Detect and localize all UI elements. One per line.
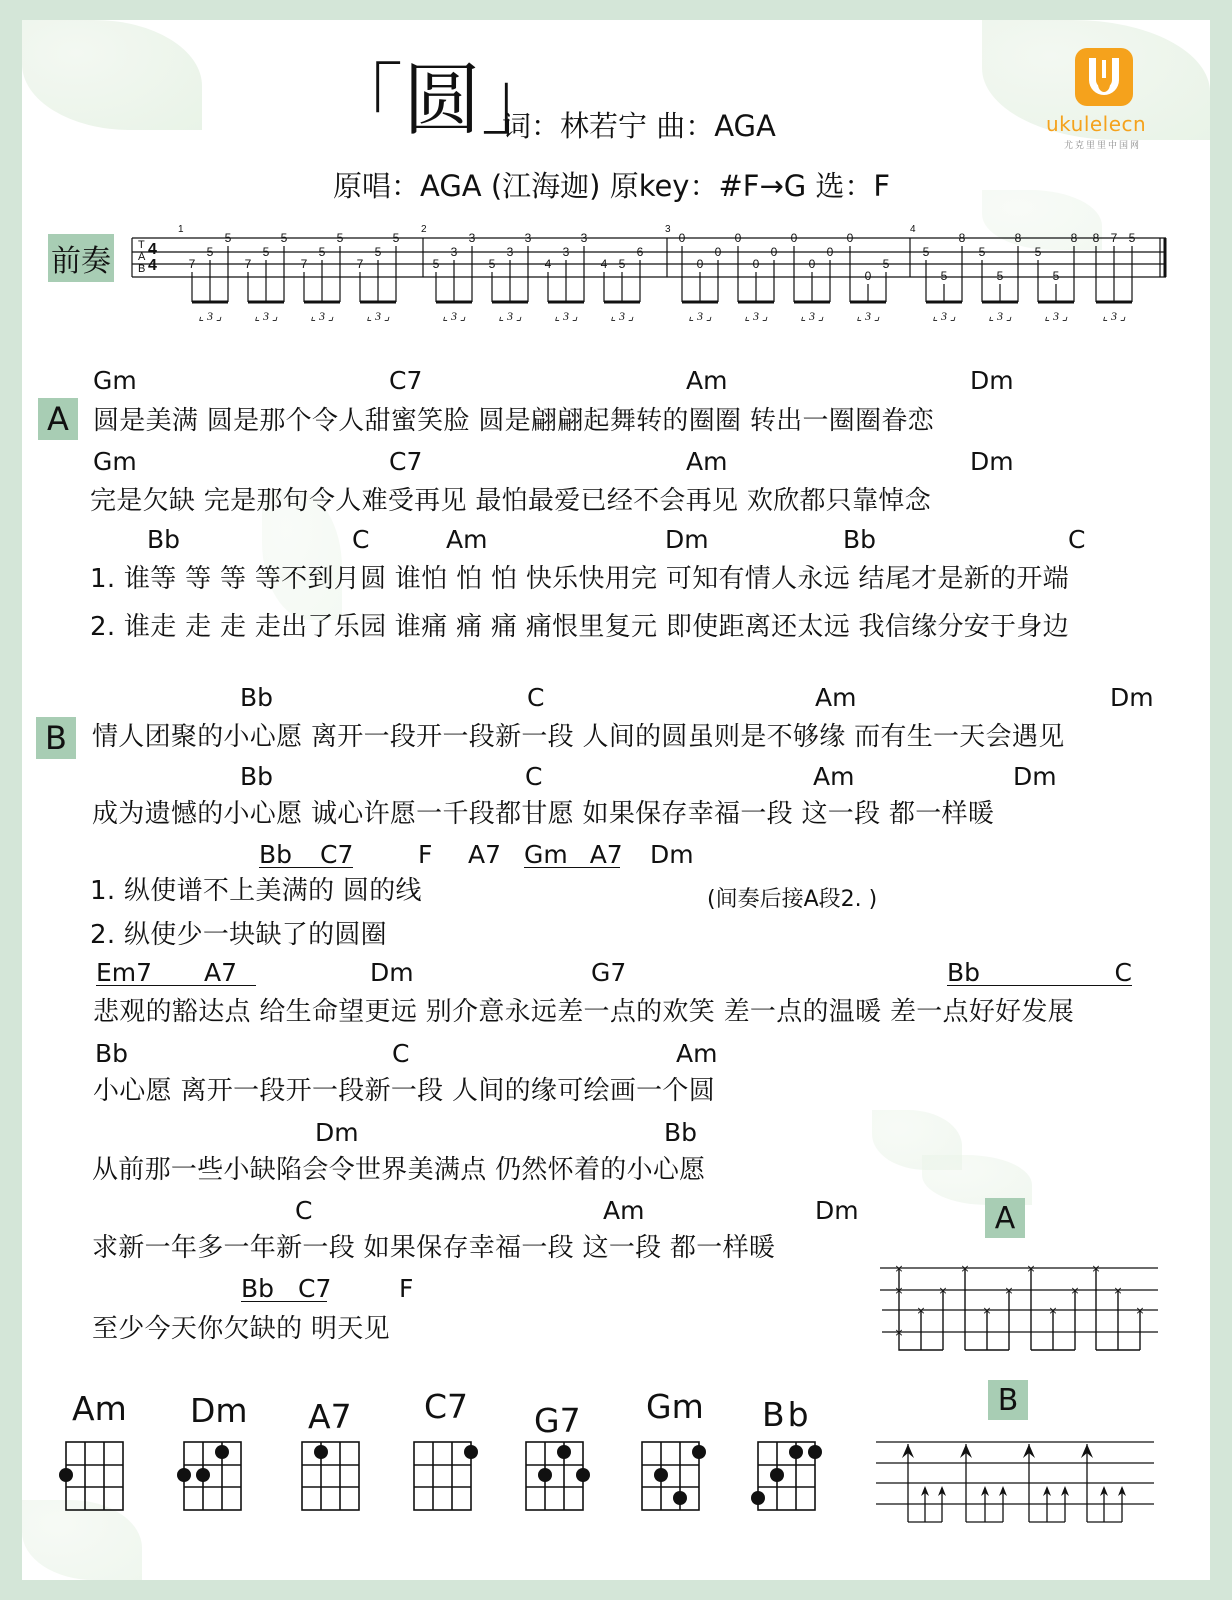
svg-text:⌞ 3 ⌟: ⌞ 3 ⌟ [310, 309, 334, 323]
svg-text:3: 3 [451, 245, 458, 259]
svg-text:B: B [138, 263, 145, 275]
chord: Dm [815, 1198, 859, 1223]
svg-text:⌞ 3 ⌟: ⌞ 3 ⌟ [498, 309, 522, 323]
chord: Dm [970, 368, 1014, 393]
chord: Dm [970, 449, 1014, 474]
svg-text:0: 0 [791, 231, 798, 245]
lyric-line: 从前那一些小缺陷会令世界美满点 仍然怀着的小心愿 [92, 1157, 705, 1183]
svg-text:×: × [1048, 1304, 1057, 1317]
chord-diagram-g7 [522, 1440, 586, 1512]
svg-text:⌞ 3 ⌟: ⌞ 3 ⌟ [800, 309, 824, 323]
lyric-line: 2. 纵使少一块缺了的圆圈 [90, 922, 387, 948]
svg-text:0: 0 [771, 245, 778, 259]
rhythm-b-tag-text: B [998, 1383, 1019, 1418]
chord-diagram-am [62, 1440, 126, 1512]
svg-text:5: 5 [225, 231, 232, 245]
chord-diagram-name: Dm [190, 1394, 248, 1427]
svg-text:0: 0 [753, 257, 760, 271]
lyric-line: 完是欠缺 完是那句令人难受再见 最怕最爱已经不会再见 欢欣都只靠悼念 [90, 488, 931, 514]
chord: Bb [241, 1274, 274, 1303]
svg-text:×: × [1026, 1262, 1035, 1275]
svg-text:5: 5 [923, 245, 930, 259]
svg-text:1: 1 [178, 224, 184, 235]
chord: C7 [389, 449, 422, 474]
chord: Gm [93, 449, 137, 474]
chord-diagram-name: C7 [424, 1390, 468, 1423]
svg-text:⌞ 3 ⌟: ⌞ 3 ⌟ [610, 309, 634, 323]
svg-text:0: 0 [809, 257, 816, 271]
chord: Bb [240, 764, 273, 789]
svg-text:5: 5 [393, 231, 400, 245]
intro-label-text: 前奏 [51, 236, 111, 280]
chord: Gm [93, 368, 137, 393]
svg-text:⌞ 3 ⌟: ⌞ 3 ⌟ [198, 309, 222, 323]
chord-group: Bb C [947, 960, 1132, 986]
rhythm-b-tag: B [988, 1380, 1028, 1420]
svg-text:×: × [894, 1284, 903, 1297]
chord-diagram-c7 [410, 1440, 474, 1512]
fingerpicking-pattern-a: ××× ××× ××× ××× ×× [880, 1262, 1160, 1362]
svg-text:7: 7 [357, 257, 364, 271]
chord: Dm [650, 842, 694, 867]
chord: Am [686, 368, 727, 393]
section-a-tag-text: A [47, 400, 69, 438]
svg-text:5: 5 [433, 257, 440, 271]
leaf-decoration [22, 20, 202, 130]
svg-text:⌞ 3 ⌟: ⌞ 3 ⌟ [554, 309, 578, 323]
section-b-tag-text: B [45, 719, 67, 757]
lyric-line: 2. 谁走 走 走 走出了乐园 谁痛 痛 痛 痛恨里复元 即使距离还太远 我信缘… [90, 614, 1069, 640]
chord: C [1115, 960, 1132, 985]
svg-text:4: 4 [148, 241, 157, 258]
chord: C7 [320, 840, 353, 869]
chord: Bb [947, 958, 980, 987]
chord: C [352, 527, 369, 552]
svg-text:⌞ 3 ⌟: ⌞ 3 ⌟ [442, 309, 466, 323]
svg-text:8: 8 [1071, 231, 1078, 245]
svg-text:T: T [138, 239, 145, 251]
svg-text:5: 5 [979, 245, 986, 259]
svg-text:0: 0 [847, 231, 854, 245]
svg-text:7: 7 [189, 257, 196, 271]
chord: Bb [147, 527, 180, 552]
svg-text:5: 5 [1053, 269, 1060, 283]
svg-text:⌞ 3 ⌟: ⌞ 3 ⌟ [744, 309, 768, 323]
chord-diagram-name: A7 [308, 1400, 352, 1433]
lyric-line: 悲观的豁达点 给生命望更远 别介意永远差一点的欢笑 差一点的温暖 差一点好好发展 [93, 999, 1074, 1025]
chord-diagram-name: Bb [762, 1398, 812, 1431]
lyric-line: 小心愿 离开一段开一段新一段 人间的缘可绘画一个圆 [93, 1078, 715, 1104]
svg-text:5: 5 [941, 269, 948, 283]
svg-text:×: × [1091, 1262, 1100, 1275]
svg-text:3: 3 [563, 245, 570, 259]
svg-text:⌞ 3 ⌟: ⌞ 3 ⌟ [254, 309, 278, 323]
svg-text:5: 5 [489, 257, 496, 271]
svg-text:×: × [1135, 1304, 1144, 1317]
lyric-line: 至少今天你欠缺的 明天见 [92, 1316, 390, 1342]
svg-text:5: 5 [1035, 245, 1042, 259]
chord-group: Em7 A7 [96, 960, 256, 986]
svg-text:×: × [894, 1262, 903, 1275]
chord: A7 [468, 842, 501, 867]
svg-text:×: × [982, 1304, 991, 1317]
chord: Dm [665, 527, 709, 552]
svg-text:⌞ 3 ⌟: ⌞ 3 ⌟ [1044, 309, 1068, 323]
chord-group: Gm A7 [524, 842, 620, 868]
svg-text:2: 2 [421, 224, 427, 235]
chord: Dm [315, 1120, 359, 1145]
svg-text:3: 3 [507, 245, 514, 259]
chord: Am [686, 449, 727, 474]
svg-text:7: 7 [245, 257, 252, 271]
svg-text:5: 5 [619, 257, 626, 271]
section-b-tag: B [36, 717, 76, 759]
svg-text:0: 0 [865, 269, 872, 283]
chord-diagram-dm [180, 1440, 244, 1512]
chord: C [527, 685, 544, 710]
chord: Am [603, 1198, 644, 1223]
chord: G7 [591, 960, 626, 985]
svg-text:A: A [138, 251, 146, 263]
svg-text:⌞ 3 ⌟: ⌞ 3 ⌟ [688, 309, 712, 323]
chord: Bb [843, 527, 876, 552]
svg-text:×: × [938, 1284, 947, 1297]
chord: Em7 [96, 958, 152, 987]
chord: Am [676, 1041, 717, 1066]
svg-text:4: 4 [545, 257, 552, 271]
svg-text:×: × [1113, 1284, 1122, 1297]
svg-text:8: 8 [1015, 231, 1022, 245]
chord: Am [446, 527, 487, 552]
lyric-line: 圆是美满 圆是那个令人甜蜜笑脸 圆是翩翩起舞转的圈圈 转出一圈圈眷恋 [93, 408, 934, 434]
chord-diagram-bb [754, 1440, 818, 1512]
svg-text:5: 5 [375, 245, 382, 259]
svg-text:7: 7 [301, 257, 308, 271]
svg-text:5: 5 [883, 257, 890, 271]
svg-text:5: 5 [1129, 231, 1136, 245]
credits: 词：林若宁 曲：AGA [502, 104, 776, 145]
chord: Dm [1013, 764, 1057, 789]
rhythm-a-tag: A [985, 1198, 1025, 1238]
svg-text:×: × [960, 1262, 969, 1275]
svg-text:5: 5 [319, 245, 326, 259]
leaf-decoration [22, 1500, 142, 1580]
svg-text:5: 5 [207, 245, 214, 259]
chord: C [295, 1198, 312, 1223]
chord: F [418, 842, 432, 867]
svg-text:3: 3 [525, 231, 532, 245]
chord: Dm [1110, 685, 1154, 710]
chord: C7 [298, 1274, 331, 1303]
svg-text:4: 4 [601, 257, 608, 271]
chord: Bb [240, 685, 273, 710]
svg-text:8: 8 [959, 231, 966, 245]
chord-diagram-a7 [298, 1440, 362, 1512]
chord: A7 [590, 840, 623, 869]
svg-text:×: × [916, 1304, 925, 1317]
chord: A7 [204, 958, 237, 987]
svg-text:⌞ 3 ⌟: ⌞ 3 ⌟ [856, 309, 880, 323]
lyric-line: 情人团聚的小心愿 离开一段开一段新一段 人间的圆虽则是不够缘 而有生一天会遇见 [92, 724, 1065, 750]
chord: Dm [370, 960, 414, 985]
song-meta: 原唱：AGA (江海迦) 原key：#F→G 选：F [333, 164, 890, 205]
lyric-line: 求新一年多一年新一段 如果保存幸福一段 这一段 都一样暖 [92, 1235, 775, 1261]
svg-text:×: × [1004, 1284, 1013, 1297]
svg-text:3: 3 [665, 224, 671, 235]
chord: F [399, 1276, 413, 1301]
svg-text:7: 7 [1111, 231, 1118, 245]
chord: Bb [664, 1120, 697, 1145]
chord-diagram-name: Am [72, 1392, 127, 1425]
chord-diagram-name: Gm [646, 1390, 704, 1423]
svg-text:6: 6 [637, 245, 644, 259]
rhythm-a-tag-text: A [995, 1201, 1016, 1236]
svg-text:5: 5 [281, 231, 288, 245]
svg-text:⌞ 3 ⌟: ⌞ 3 ⌟ [366, 309, 390, 323]
intro-tab-staff: TAB 4 4 1 2 3 4 755 755 755 755 533 533 … [130, 222, 1170, 332]
intro-label: 前奏 [48, 234, 114, 282]
logo-brand: ukulelecn [1046, 112, 1146, 136]
svg-text:0: 0 [735, 231, 742, 245]
chord: C [392, 1041, 409, 1066]
chord: Bb [259, 840, 292, 869]
interlude-note: (间奏后接A段2. ) [707, 882, 877, 913]
chord-diagram-name: G7 [534, 1404, 581, 1437]
strumming-pattern-b [876, 1438, 1156, 1528]
chord: C [525, 764, 542, 789]
chord-group: Bb C7 [241, 1276, 327, 1302]
svg-text:0: 0 [827, 245, 834, 259]
svg-text:⌞ 3 ⌟: ⌞ 3 ⌟ [932, 309, 956, 323]
section-a-tag: A [38, 398, 78, 440]
svg-text:×: × [894, 1326, 903, 1339]
chord: Am [815, 685, 856, 710]
chord-group: Bb C7 [259, 842, 353, 868]
svg-text:8: 8 [1093, 231, 1100, 245]
chord: Bb [95, 1041, 128, 1066]
svg-text:4: 4 [148, 257, 157, 274]
svg-text:3: 3 [581, 231, 588, 245]
logo-subtitle: 尤克里里中国网 [1064, 138, 1141, 151]
lyric-line: 1. 谁等 等 等 等不到月圆 谁怕 怕 怕 快乐快用完 可知有情人永远 结尾才… [90, 566, 1069, 592]
svg-text:0: 0 [697, 257, 704, 271]
svg-text:3: 3 [469, 231, 476, 245]
ukulele-logo-icon [1075, 48, 1133, 106]
svg-text:⌞ 3 ⌟: ⌞ 3 ⌟ [988, 309, 1012, 323]
lyric-line: 成为遗憾的小心愿 诚心许愿一千段都甘愿 如果保存幸福一段 这一段 都一样暖 [92, 801, 994, 827]
svg-text:4: 4 [910, 224, 916, 235]
svg-text:⌞ 3 ⌟: ⌞ 3 ⌟ [1102, 309, 1126, 323]
lyric-line: 1. 纵使谱不上美满的 圆的线 [90, 878, 422, 904]
chord: C [1068, 527, 1085, 552]
svg-text:0: 0 [715, 245, 722, 259]
chord: Am [813, 764, 854, 789]
svg-text:0: 0 [679, 231, 686, 245]
svg-text:5: 5 [263, 245, 270, 259]
svg-text:×: × [1070, 1284, 1079, 1297]
svg-text:5: 5 [997, 269, 1004, 283]
chord: Gm [524, 840, 568, 869]
chord: C7 [389, 368, 422, 393]
chord-diagram-gm [638, 1440, 702, 1512]
svg-text:5: 5 [337, 231, 344, 245]
